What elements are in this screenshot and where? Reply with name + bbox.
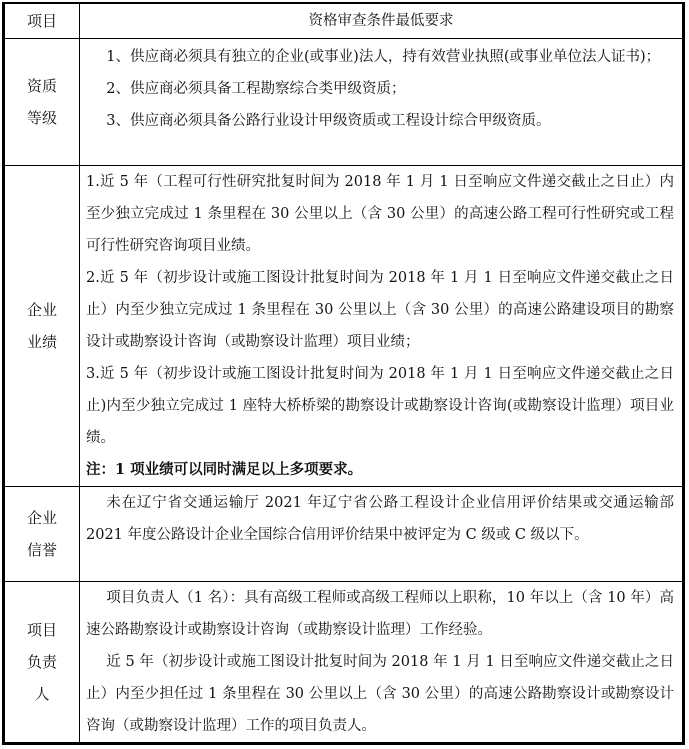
table-row-qualification-level: 资质 等级 1、供应商必须具有独立的企业(或事业)法人，持有效营业执照(或事业单… [5,39,682,166]
row-item-label: 人 [34,678,49,710]
row-item-label: 项目 [27,614,57,646]
requirement-paragraph: 项目负责人（1 名）：具有高级工程师或高级工程师以上职称，10 年以上（含 10… [86,582,674,646]
header-requirement-label: 资格审查条件最低要求 [309,13,454,29]
qualification-requirements-table: 项目 资格审查条件最低要求 资质 等级 1、供应商必须具有独立的企业(或事业)法… [2,2,685,745]
requirement-paragraph: 2.近 5 年（初步设计或施工图设计批复时间为 2018 年 1 月 1 日至响… [86,262,674,358]
table-header-row: 项目 资格审查条件最低要求 [5,4,682,39]
row-item-cell: 企业 信誉 [5,487,80,581]
row-requirement-cell: 项目负责人（1 名）：具有高级工程师或高级工程师以上职称，10 年以上（含 10… [80,582,682,742]
row-item-label: 企业 [27,502,57,534]
requirement-paragraph: 2、供应商必须具备工程勘察综合类甲级资质； [86,73,674,105]
table-row-enterprise-credit: 企业 信誉 未在辽宁省交通运输厅 2021 年辽宁省公路工程设计企业信用评价结果… [5,487,682,582]
requirement-paragraph: 3、供应商必须具备公路行业设计甲级资质或工程设计综合甲级资质。 [86,105,674,137]
row-requirement-cell: 1、供应商必须具有独立的企业(或事业)法人，持有效营业执照(或事业单位法人证书)… [80,39,682,165]
requirement-paragraph: 1.近 5 年（工程可行性研究批复时间为 2018 年 1 月 1 日至响应文件… [86,166,674,262]
row-item-label: 业绩 [27,326,57,358]
row-item-label: 负责 [27,646,57,678]
table-row-enterprise-performance: 企业 业绩 1.近 5 年（工程可行性研究批复时间为 2018 年 1 月 1 … [5,166,682,487]
row-item-label: 等级 [27,102,57,134]
row-item-label: 企业 [27,294,57,326]
requirement-paragraph: 近 5 年（初步设计或施工图设计批复时间为 2018 年 1 月 1 日至响应文… [86,646,674,742]
requirement-note: 注：1 项业绩可以同时满足以上多项要求。 [86,454,674,486]
requirement-paragraph: 1、供应商必须具有独立的企业(或事业)法人，持有效营业执照(或事业单位法人证书)… [86,41,674,73]
row-item-cell: 项目 负责 人 [5,582,80,742]
header-requirement: 资格审查条件最低要求 [80,4,682,38]
row-item-label: 信誉 [27,534,57,566]
row-requirement-cell: 1.近 5 年（工程可行性研究批复时间为 2018 年 1 月 1 日至响应文件… [80,166,682,486]
requirement-paragraph: 未在辽宁省交通运输厅 2021 年辽宁省公路工程设计企业信用评价结果或交通运输部… [86,487,674,551]
requirement-paragraph: 3.近 5 年（初步设计或施工图设计批复时间为 2018 年 1 月 1 日至响… [86,358,674,454]
header-item: 项目 [5,4,80,38]
header-item-label: 项目 [27,4,57,38]
row-item-cell: 资质 等级 [5,39,80,165]
row-item-label: 资质 [27,70,57,102]
row-item-cell: 企业 业绩 [5,166,80,486]
table-row-project-leader: 项目 负责 人 项目负责人（1 名）：具有高级工程师或高级工程师以上职称，10 … [5,582,682,742]
row-requirement-cell: 未在辽宁省交通运输厅 2021 年辽宁省公路工程设计企业信用评价结果或交通运输部… [80,487,682,581]
